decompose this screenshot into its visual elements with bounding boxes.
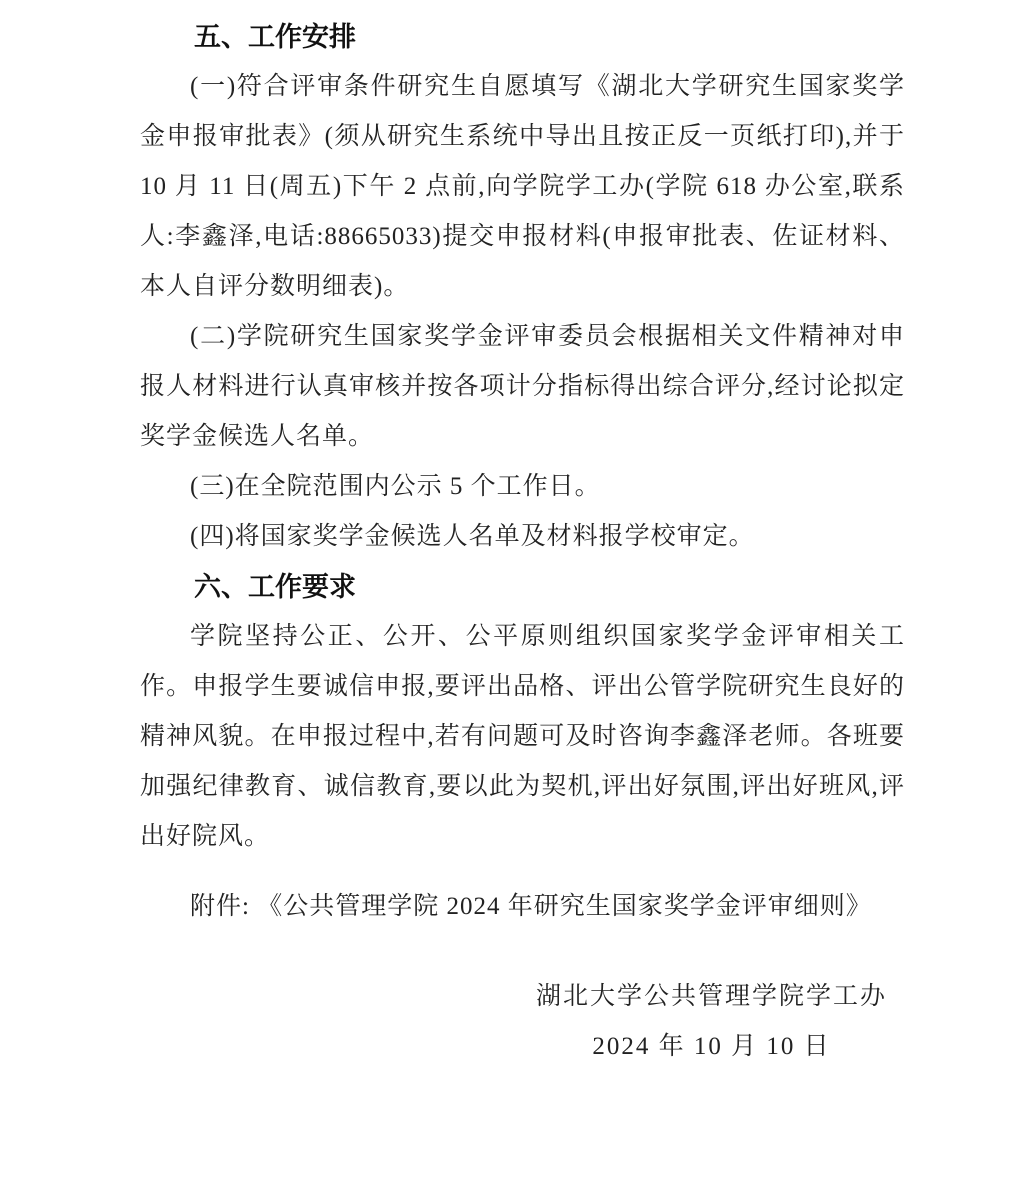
- document-page: 五、工作安排 (一)符合评审条件研究生自愿填写《湖北大学研究生国家奖学金申报审批…: [0, 0, 1015, 1179]
- attachment-line: 附件: 《公共管理学院 2024 年研究生国家奖学金评审细则》: [140, 882, 905, 932]
- section-6-heading: 六、工作要求: [140, 562, 905, 612]
- section-5-paragraph-4: (四)将国家奖学金候选人名单及材料报学校审定。: [140, 512, 905, 562]
- section-5-paragraph-3: (三)在全院范围内公示 5 个工作日。: [140, 462, 905, 512]
- signature-date: 2024 年 10 月 10 日: [536, 1022, 887, 1072]
- section-5-paragraph-1: (一)符合评审条件研究生自愿填写《湖北大学研究生国家奖学金申报审批表》(须从研究…: [140, 62, 905, 312]
- signature-block: 湖北大学公共管理学院学工办 2024 年 10 月 10 日: [536, 972, 887, 1072]
- section-6-paragraph-1: 学院坚持公正、公开、公平原则组织国家奖学金评审相关工作。申报学生要诚信申报,要评…: [140, 612, 905, 862]
- signature-office: 湖北大学公共管理学院学工办: [536, 972, 887, 1022]
- section-5-heading: 五、工作安排: [140, 12, 905, 62]
- section-5-paragraph-2: (二)学院研究生国家奖学金评审委员会根据相关文件精神对申报人材料进行认真审核并按…: [140, 312, 905, 462]
